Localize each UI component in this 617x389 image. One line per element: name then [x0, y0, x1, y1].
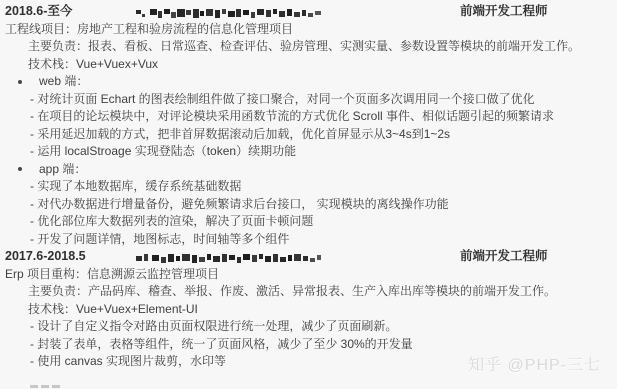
job1-title: 前端开发工程师 [460, 3, 548, 21]
job1-web-section-line: web 端： [0, 73, 617, 91]
job1-project-title-line: 工程线项目：房地产工程和验房流程的信息化管理项目 [0, 21, 617, 39]
bullet-icon [18, 167, 22, 171]
job2-project-title-line: Erp 项目重构：信息溯源云监控管理项目 [0, 266, 617, 284]
job1-app-section-line: app 端： [0, 161, 617, 179]
zhihu-watermark: 知乎 @PHP-三七 [468, 352, 601, 375]
job1-detail-line: - 实现了本地数据库，缓存系统基础数据 [0, 178, 617, 196]
job1-detail-line: - 优化部位库大数据列表的渲染，解决了页面卡顿问题 [0, 213, 617, 231]
bullet-icon [18, 80, 22, 84]
resume-document: 2018.6-至今 前端开发工程师 工程线项目：房地产工程和验房流程的信息化管理… [0, 0, 617, 389]
job2-period: 2017.6-2018.5 [5, 248, 86, 266]
clipped-next-line [30, 385, 60, 389]
job1-tech-stack-line: 技术栈：Vue+Vuex+Vux [0, 56, 617, 74]
job1-period: 2018.6-至今 [5, 3, 72, 21]
job2-detail-line: - 设计了自定义指令对路由页面权限进行统一处理，减少了页面刷新。 [0, 318, 617, 336]
job1-app-section-label: app 端： [39, 161, 86, 179]
job2-responsibility-line: 主要负责：产品码库、稽查、举报、作废、激活、异常报表、生产入库出库等模块的前端开… [0, 283, 617, 301]
job1-detail-line: - 运用 localStroage 实现登陆态（token）续期功能 [0, 143, 617, 161]
job2-company-name-redacted [136, 252, 322, 263]
job1-responsibility-line: 主要负责：报表、看板、日常巡查、检查评估、验房管理、实测实量、参数设置等模块的前… [0, 38, 617, 56]
job1-detail-line: - 对代办数据进行增量备份，避免频繁请求后台接口， 实现模块的离线操作功能 [0, 196, 617, 214]
job1-web-section-label: web 端： [39, 73, 88, 91]
job2-tech-stack-line: 技术栈：Vue+Vuex+Element-UI [0, 301, 617, 319]
job1-detail-line: - 开发了问题详情，地图标志，时间轴等多个组件 [0, 231, 617, 249]
job1-header: 2018.6-至今 前端开发工程师 [0, 3, 617, 21]
job1-detail-line: - 对统计页面 Echart 的图表绘制组件做了接口聚合，对同一个页面多次调用同… [0, 91, 617, 109]
job2-title: 前端开发工程师 [460, 248, 548, 266]
job1-detail-line: - 采用延迟加载的方式，把非首屏数据滚动后加载，优化首屏显示从3~4s到1~2s [0, 126, 617, 144]
job2-detail-line: - 封装了表单，表格等组件，统一了页面风格，减少了至少 30%的开发量 [0, 336, 617, 354]
job1-company-name-redacted [136, 7, 322, 18]
job1-detail-line: - 在项目的论坛模块中，对评论模块采用函数节流的方式优化 Scroll 事件、相… [0, 108, 617, 126]
job2-header: 2017.6-2018.5 前端开发工程师 [0, 248, 617, 266]
